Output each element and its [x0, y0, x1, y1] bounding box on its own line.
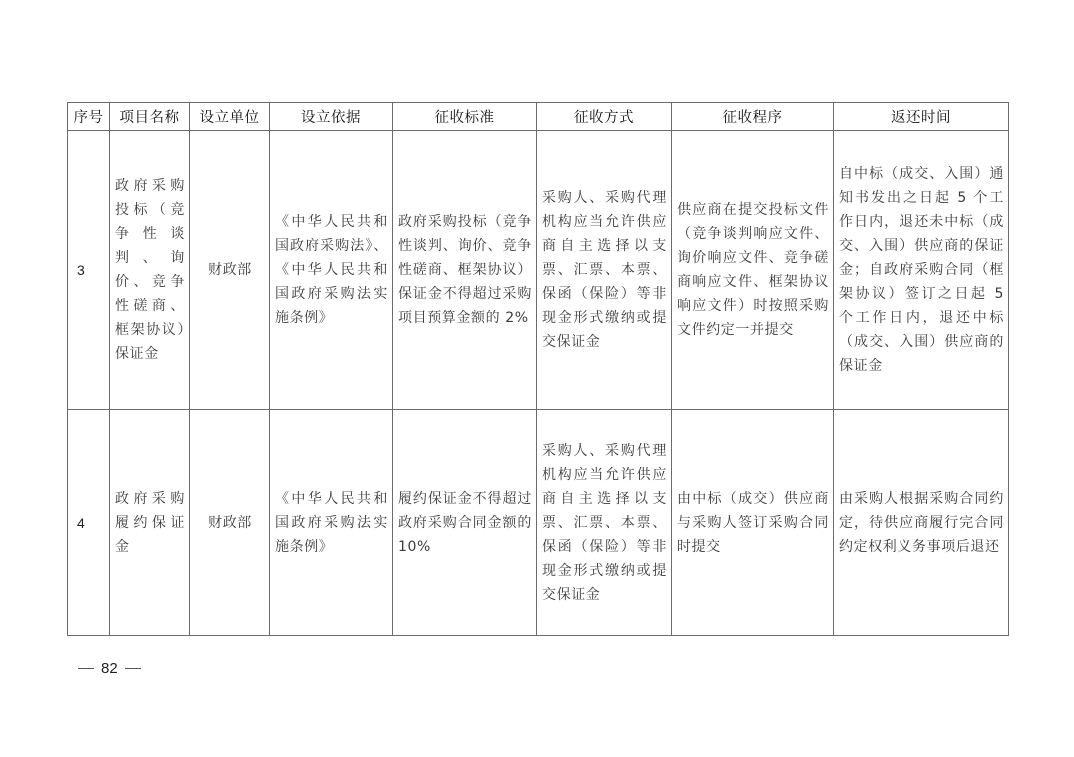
unit-text: 财政部 [190, 258, 269, 282]
project-name-text: 政府采购投标（竞争性谈判、询价、竞争性磋商、框架协议）保证金 [110, 174, 189, 366]
method-text: 采购人、采购代理机构应当允许供应商自主选择以支票、汇票、本票、保函（保险）等非现… [537, 439, 671, 607]
cell-basis: 《中华人民共和国政府采购法》、《中华人民共和国政府采购法实施条例》 [270, 131, 393, 410]
project-name-text: 政府采购履约保证金 [110, 487, 189, 559]
page-number-value: 82 [101, 660, 118, 677]
cell-project-name: 政府采购投标（竞争性谈判、询价、竞争性磋商、框架协议）保证金 [110, 131, 190, 410]
table-row: 4 政府采购履约保证金 财政部 《中华人民共和国政府采购法实施条例》 履约保证金… [68, 410, 1009, 636]
table-row: 3 政府采购投标（竞争性谈判、询价、竞争性磋商、框架协议）保证金 财政部 《中华… [68, 131, 1009, 410]
cell-standard: 政府采购投标（竞争性谈判、询价、竞争性磋商、框架协议）保证金不得超过采购项目预算… [393, 131, 537, 410]
cell-seq: 3 [68, 131, 110, 410]
header-basis: 设立依据 [270, 103, 393, 131]
table-header-row: 序号 项目名称 设立单位 设立依据 征收标准 征收方式 征收程序 返还时间 [68, 103, 1009, 131]
cell-return-time: 由采购人根据采购合同约定，待供应商履行完合同约定权利义务事项后退还 [834, 410, 1009, 636]
header-return-time: 返还时间 [834, 103, 1009, 131]
basis-text: 《中华人民共和国政府采购法实施条例》 [270, 487, 392, 559]
return-time-text: 自中标（成交、入围）通知书发出之日起 5 个工作日内，退还未中标（成交、入围）供… [834, 162, 1008, 378]
cell-procedure: 由中标（成交）供应商与采购人签订采购合同时提交 [672, 410, 834, 636]
dash-right [125, 668, 141, 669]
method-text: 采购人、采购代理机构应当允许供应商自主选择以支票、汇票、本票、保函（保险）等非现… [537, 186, 671, 354]
fee-table: 序号 项目名称 设立单位 设立依据 征收标准 征收方式 征收程序 返还时间 3 … [67, 102, 1009, 636]
basis-text: 《中华人民共和国政府采购法》、《中华人民共和国政府采购法实施条例》 [270, 210, 392, 330]
header-project-name: 项目名称 [110, 103, 190, 131]
page-number: 82 [78, 660, 141, 677]
cell-method: 采购人、采购代理机构应当允许供应商自主选择以支票、汇票、本票、保函（保险）等非现… [537, 131, 672, 410]
seq-value: 4 [68, 515, 109, 531]
cell-project-name: 政府采购履约保证金 [110, 410, 190, 636]
cell-seq: 4 [68, 410, 110, 636]
header-method: 征收方式 [537, 103, 672, 131]
cell-basis: 《中华人民共和国政府采购法实施条例》 [270, 410, 393, 636]
cell-return-time: 自中标（成交、入围）通知书发出之日起 5 个工作日内，退还未中标（成交、入围）供… [834, 131, 1009, 410]
unit-text: 财政部 [190, 511, 269, 535]
header-procedure: 征收程序 [672, 103, 834, 131]
header-seq: 序号 [68, 103, 110, 131]
standard-text: 履约保证金不得超过政府采购合同金额的 10% [393, 487, 536, 559]
cell-standard: 履约保证金不得超过政府采购合同金额的 10% [393, 410, 537, 636]
cell-procedure: 供应商在提交投标文件（竞争谈判响应文件、询价响应文件、竞争磋商响应文件、框架协议… [672, 131, 834, 410]
header-standard: 征收标准 [393, 103, 537, 131]
document-page: 序号 项目名称 设立单位 设立依据 征收标准 征收方式 征收程序 返还时间 3 … [0, 0, 1074, 757]
cell-unit: 财政部 [190, 131, 270, 410]
dash-left [78, 668, 94, 669]
procedure-text: 由中标（成交）供应商与采购人签订采购合同时提交 [672, 487, 833, 559]
return-time-text: 由采购人根据采购合同约定，待供应商履行完合同约定权利义务事项后退还 [834, 487, 1008, 559]
procedure-text: 供应商在提交投标文件（竞争谈判响应文件、询价响应文件、竞争磋商响应文件、框架协议… [672, 198, 833, 342]
seq-value: 3 [68, 262, 109, 278]
cell-method: 采购人、采购代理机构应当允许供应商自主选择以支票、汇票、本票、保函（保险）等非现… [537, 410, 672, 636]
standard-text: 政府采购投标（竞争性谈判、询价、竞争性磋商、框架协议）保证金不得超过采购项目预算… [393, 210, 536, 330]
header-unit: 设立单位 [190, 103, 270, 131]
cell-unit: 财政部 [190, 410, 270, 636]
